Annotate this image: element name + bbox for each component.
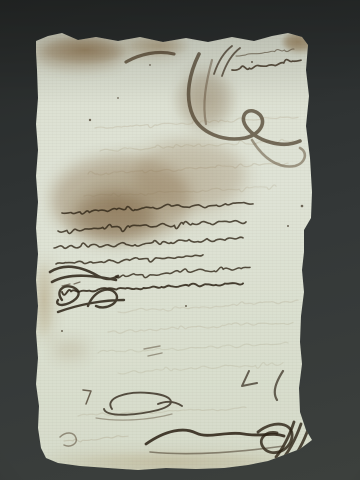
ink-speck: [117, 97, 119, 99]
ghost-line-8: [118, 363, 283, 374]
mid-accent-stroke: [275, 371, 283, 400]
ghost-line-5: [118, 300, 298, 313]
body-line-5: [116, 267, 250, 278]
line5-lead-flourish: [50, 267, 118, 282]
ink-speck: [301, 205, 304, 208]
mid-accent-check: [242, 371, 257, 386]
flourish-group: [50, 46, 309, 464]
center-smudge: [135, 140, 245, 210]
top-left-edge-stain: [35, 36, 125, 68]
ink-speck: [287, 225, 289, 227]
signature-descenders: [276, 422, 309, 464]
right-corner-stain: [284, 32, 316, 52]
header-abbrev-line-1: [236, 49, 294, 56]
ink-speck: [89, 119, 91, 121]
bottom-edge-tint: [50, 452, 290, 470]
ink-speck: [251, 61, 253, 63]
mid-left-stain: [52, 340, 88, 360]
script-lines-group: [54, 49, 301, 442]
ink-speck: [185, 305, 187, 307]
handwriting-layer: [0, 0, 360, 480]
ink-speck: [149, 64, 151, 66]
ghost-line-6: [108, 322, 293, 333]
closing-seven-mark: [83, 390, 91, 404]
ghost-line-7: [98, 342, 288, 353]
stain-group: [35, 32, 316, 470]
header-abbrev-line-2: [232, 60, 301, 71]
photograph-of-manuscript: [0, 0, 360, 480]
top-bold-dash: [126, 52, 174, 62]
ghost-line-10: [64, 436, 128, 442]
ink-speck: [61, 330, 63, 332]
body-line-4: [56, 255, 203, 264]
dateline-superscripts: [62, 282, 80, 286]
dateline: [62, 283, 243, 295]
header-monogram: [214, 46, 240, 76]
smudge-core: [75, 193, 155, 237]
